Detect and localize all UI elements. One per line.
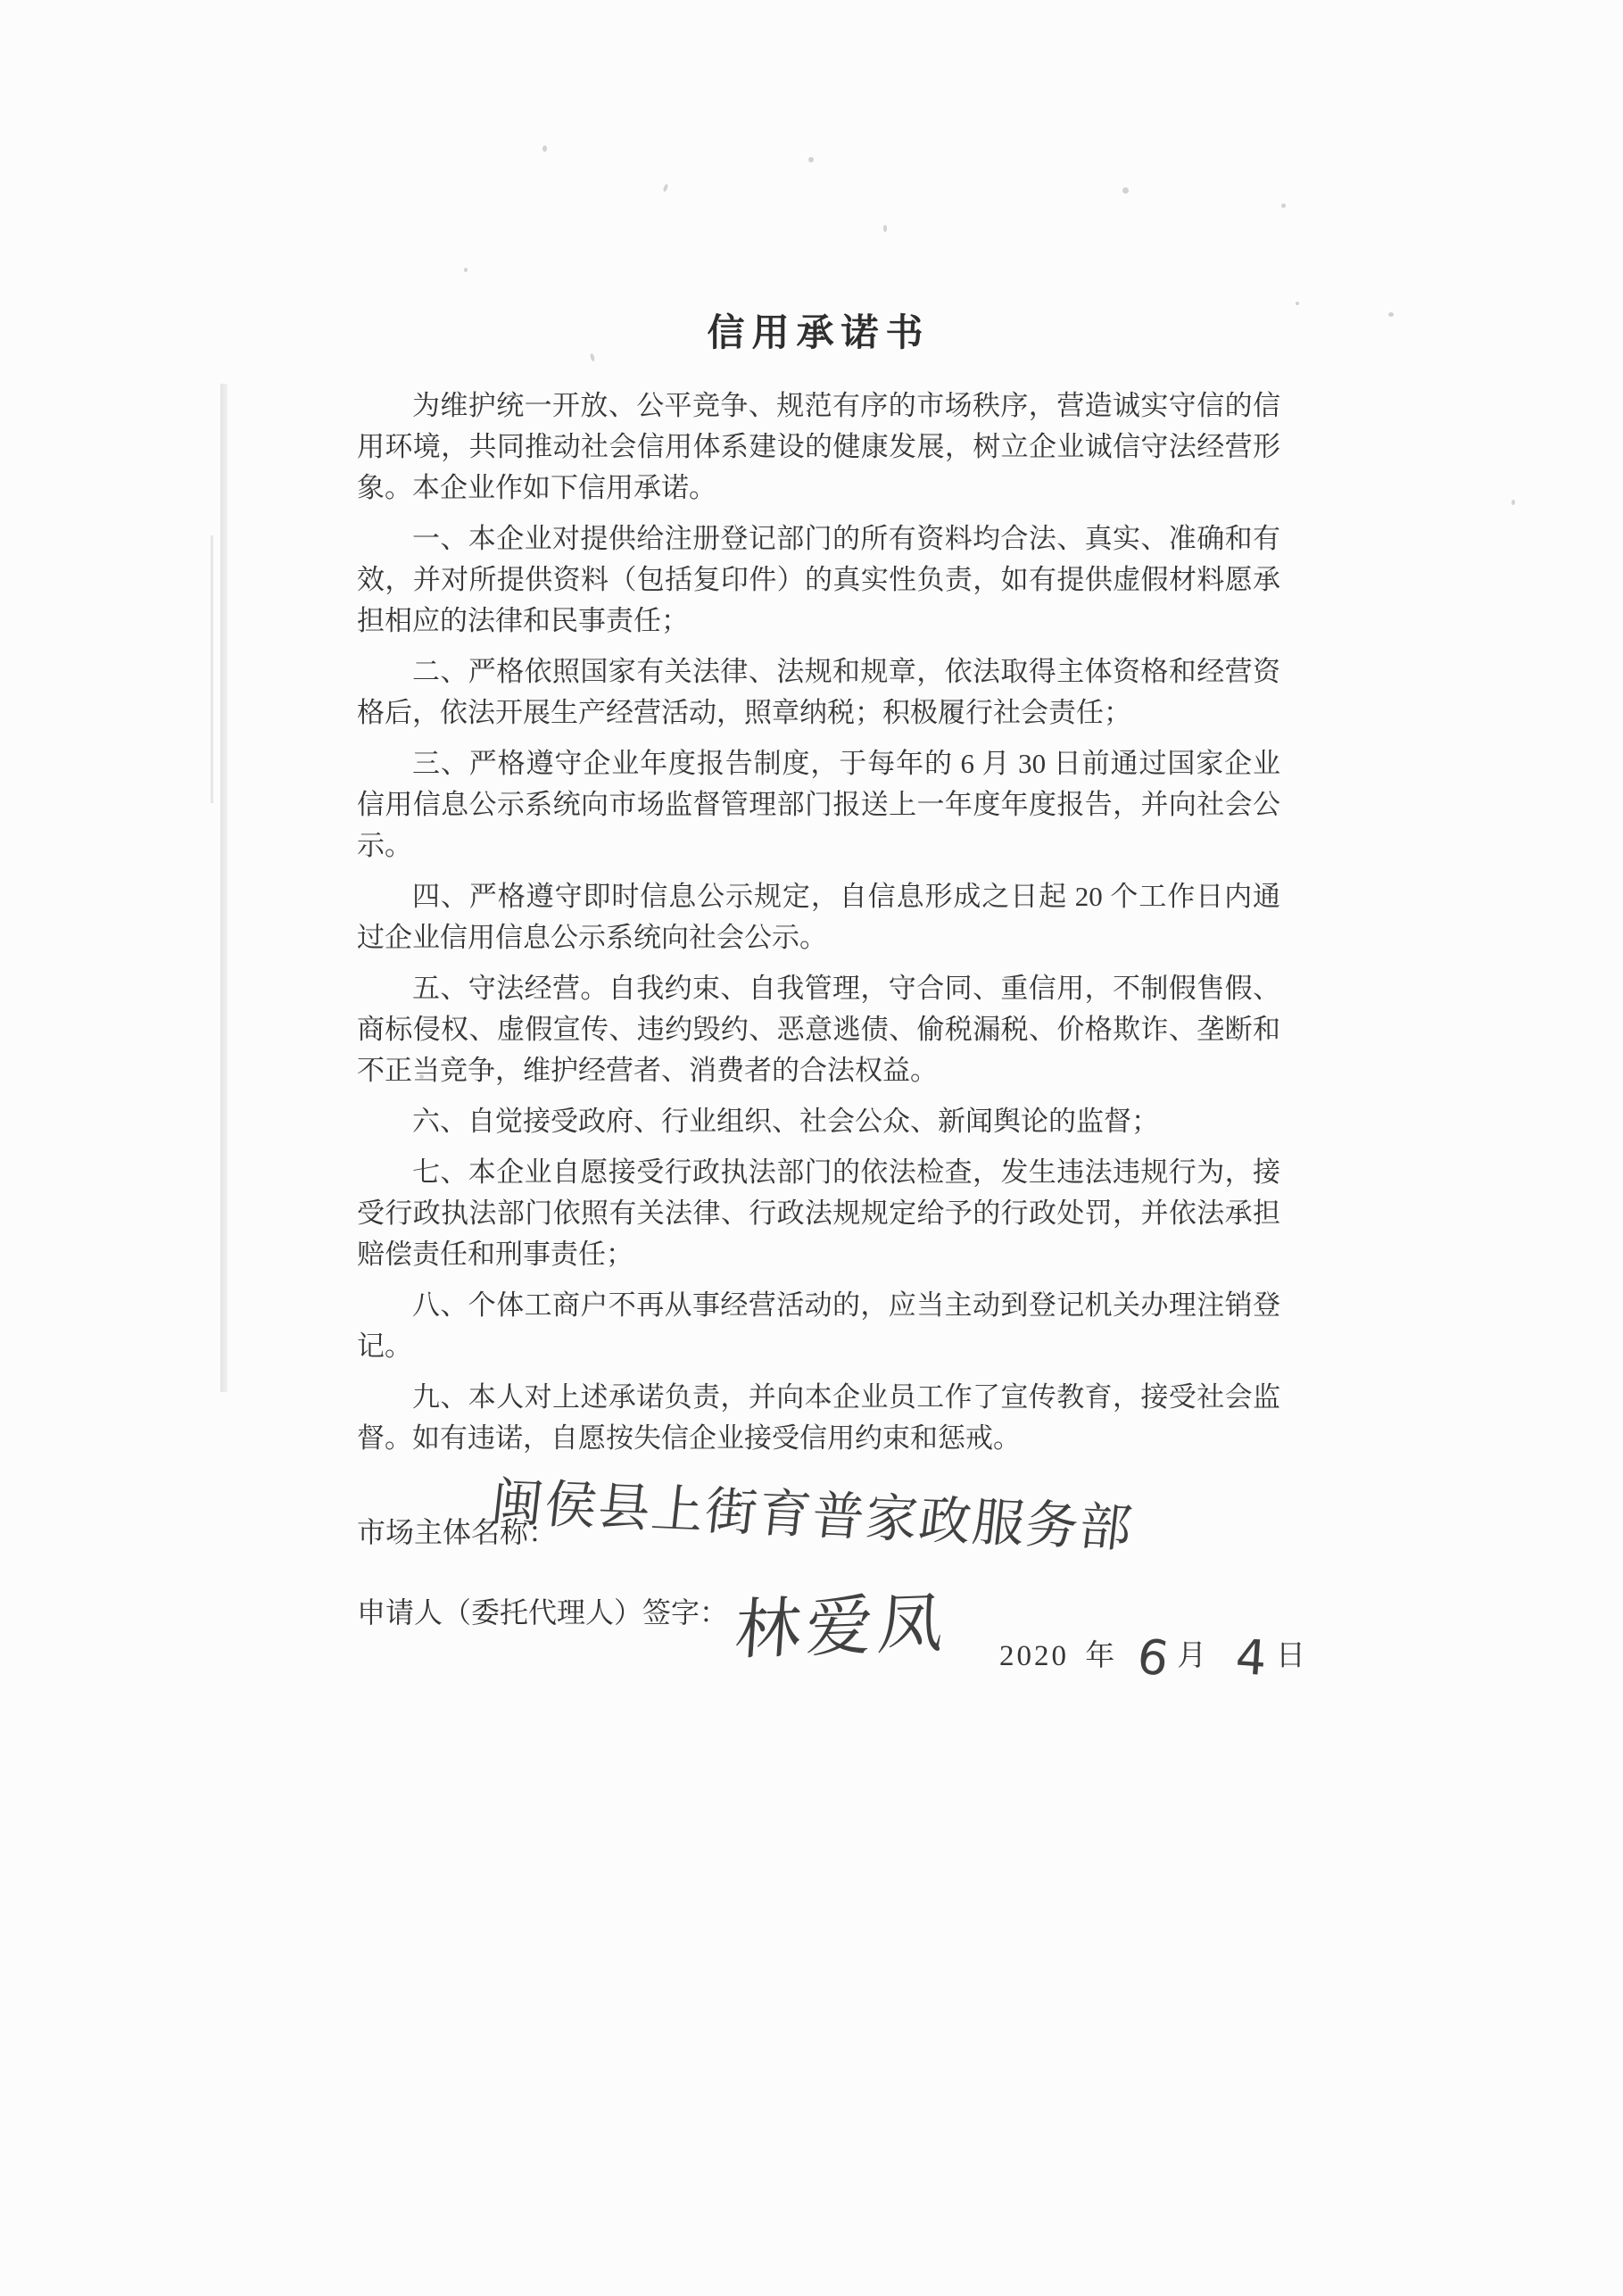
date-day-handwritten: 4 [1234, 1629, 1269, 1687]
scan-speck [464, 268, 468, 272]
document-body: 为维护统一开放、公平竞争、规范有序的市场秩序，营造诚实守信的信用环境，共同推动社… [357, 385, 1280, 1469]
date-day-unit: 日 [1276, 1640, 1308, 1672]
commitment-item-6: 六、自觉接受政府、行业组织、社会公众、新闻舆论的监督； [357, 1101, 1280, 1142]
applicant-signature-label: 申请人（委托代理人）签字： [357, 1590, 728, 1631]
commitment-item-9: 九、本人对上述承诺负责，并向本企业员工作了宣传教育，接受社会监督。如有违诺，自愿… [357, 1377, 1280, 1459]
scan-speck [1281, 203, 1286, 208]
scan-speck [1388, 312, 1394, 317]
commitment-item-4: 四、严格遵守即时信息公示规定，自信息形成之日起 20 个工作日内通过企业信用信息… [357, 876, 1280, 958]
scan-speck [1122, 187, 1129, 194]
commitment-item-8: 八、个体工商户不再从事经营活动的，应当主动到登记机关办理注销登记。 [357, 1285, 1280, 1367]
commitment-item-1: 一、本企业对提供给注册登记部门的所有资料均合法、真实、准确和有效，并对所提供资料… [357, 518, 1280, 642]
scan-speck [1511, 500, 1515, 505]
scan-edge-line [211, 535, 213, 803]
document-title: 信用承诺书 [357, 303, 1280, 357]
commitment-item-5: 五、守法经营。自我约束、自我管理，守合同、重信用，不制假售假、商标侵权、虚假宣传… [357, 968, 1280, 1091]
scan-speck [542, 145, 547, 152]
commitment-item-2: 二、严格依照国家有关法律、法规和规章，依法取得主体资格和经营资格后，依法开展生产… [357, 651, 1280, 734]
intro-paragraph: 为维护统一开放、公平竞争、规范有序的市场秩序，营造诚实守信的信用环境，共同推动社… [357, 385, 1280, 509]
scan-speck [883, 225, 887, 232]
entity-name-handwritten: 闽侯县上街育普家政服务部 [488, 1460, 1139, 1562]
scan-edge-shadow [220, 384, 228, 1392]
applicant-signature-handwritten: 林爱凤 [733, 1571, 953, 1673]
date-year: 2020 [999, 1640, 1069, 1672]
scan-speck [663, 184, 669, 193]
date-month-handwritten: 6 [1133, 1628, 1172, 1688]
scan-speck [1296, 302, 1299, 305]
commitment-item-3: 三、严格遵守企业年度报告制度，于每年的 6 月 30 日前通过国家企业信用信息公… [357, 743, 1280, 866]
date-line: 2020 年 6 月 4 日 [999, 1629, 1308, 1686]
document-page: 信用承诺书 为维护统一开放、公平竞争、规范有序的市场秩序，营造诚实守信的信用环境… [0, 0, 1623, 2296]
scan-speck [808, 157, 814, 162]
commitment-item-7: 七、本企业自愿接受行政执法部门的依法检查，发生违法违规行为，接受行政执法部门依照… [357, 1152, 1280, 1275]
date-year-unit: 年 [1085, 1640, 1117, 1672]
date-month-unit: 月 [1177, 1640, 1209, 1672]
